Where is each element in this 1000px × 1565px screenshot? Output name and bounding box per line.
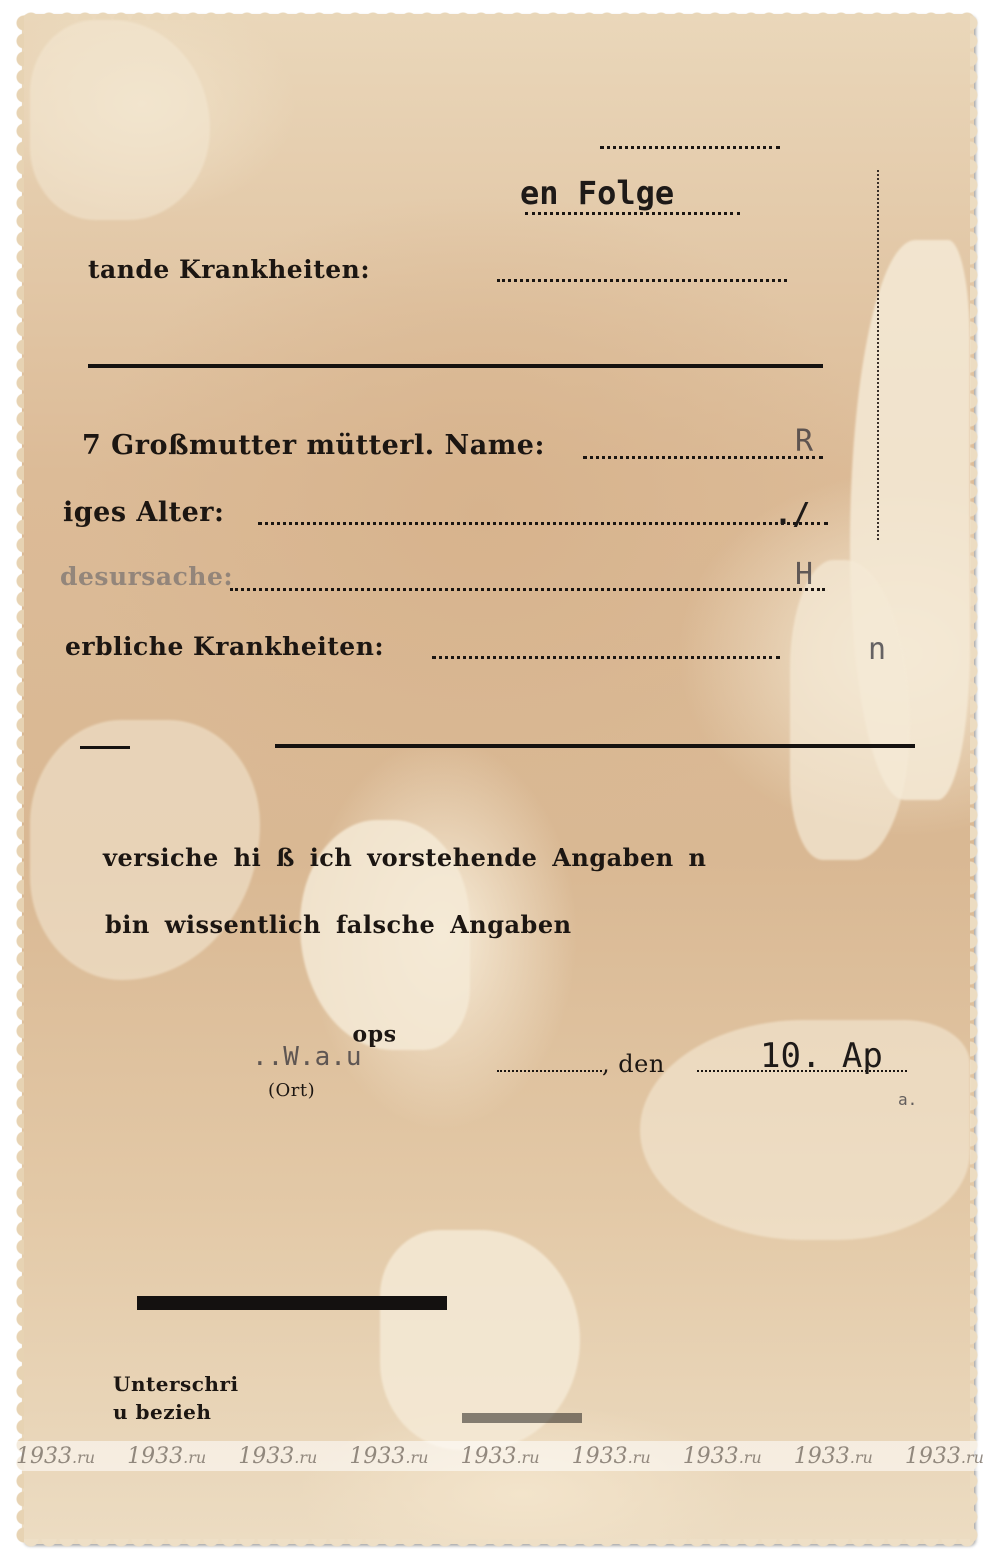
dotted-margin-line bbox=[877, 170, 879, 540]
section-rule-short bbox=[80, 746, 130, 749]
field-label-krankheiten: tande Krankheiten: bbox=[88, 255, 370, 284]
watermark-text: 1933.ru bbox=[683, 1444, 762, 1469]
watermark-text: 1933.ru bbox=[794, 1444, 873, 1469]
dotted-line bbox=[497, 1070, 602, 1072]
watermark-text: 1933.ru bbox=[127, 1444, 206, 1469]
section-rule bbox=[88, 364, 823, 368]
place-caption: (Ort) bbox=[268, 1080, 315, 1101]
dotted-line bbox=[525, 212, 740, 215]
field-value-alter: ./ bbox=[774, 497, 810, 532]
watermark-text: 1933.ru bbox=[572, 1444, 651, 1469]
dotted-line bbox=[258, 522, 828, 525]
date-separator: , den bbox=[602, 1050, 665, 1078]
dotted-line bbox=[230, 588, 825, 591]
signature-rule-right bbox=[462, 1413, 582, 1423]
field-label-todesursache: desursache: bbox=[60, 562, 233, 591]
place-typed-value: ..W.a.u bbox=[252, 1042, 362, 1072]
watermark-text: 1933.ru bbox=[238, 1444, 317, 1469]
date-trailing-fragment: a. bbox=[898, 1090, 917, 1109]
field-value-erbliche-krankheiten: n bbox=[868, 632, 886, 667]
watermark-strip: 1933.ru1933.ru1933.ru1933.ru1933.ru1933.… bbox=[0, 1441, 1000, 1471]
field-label-alter: iges Alter: bbox=[63, 497, 224, 528]
dotted-line bbox=[497, 279, 787, 282]
watermark-text: 1933.ru bbox=[349, 1444, 428, 1469]
watermark-text: 1933.ru bbox=[16, 1444, 95, 1469]
dotted-line bbox=[600, 146, 780, 149]
dotted-line bbox=[432, 656, 780, 659]
section-rule bbox=[275, 744, 915, 748]
header-typed-text: en Folge bbox=[520, 174, 674, 212]
watermark-text: 1933.ru bbox=[905, 1444, 984, 1469]
field-value-todesursache: H bbox=[795, 557, 813, 592]
field-label-grossmutter-name: 7 Großmutter mütterl. Name: bbox=[82, 430, 545, 461]
stamp-fragment: sdo bbox=[352, 1024, 396, 1050]
date-typed-value: 10. Ap bbox=[760, 1036, 883, 1076]
signature-rule bbox=[137, 1296, 447, 1310]
signature-caption-line-2: u bezieh bbox=[113, 1400, 211, 1424]
signature-caption-line-1: Unterschri bbox=[113, 1372, 239, 1396]
dotted-line bbox=[583, 456, 823, 459]
field-label-erbliche-krankheiten: erbliche Krankheiten: bbox=[65, 632, 384, 661]
watermark-text: 1933.ru bbox=[460, 1444, 539, 1469]
declaration-line-2: bin wissentlich falsche Angaben bbox=[105, 910, 572, 939]
declaration-line-1: versiche hi ß ich vorstehende Angaben n bbox=[103, 843, 706, 872]
field-value-grossmutter-name: R bbox=[795, 424, 813, 459]
